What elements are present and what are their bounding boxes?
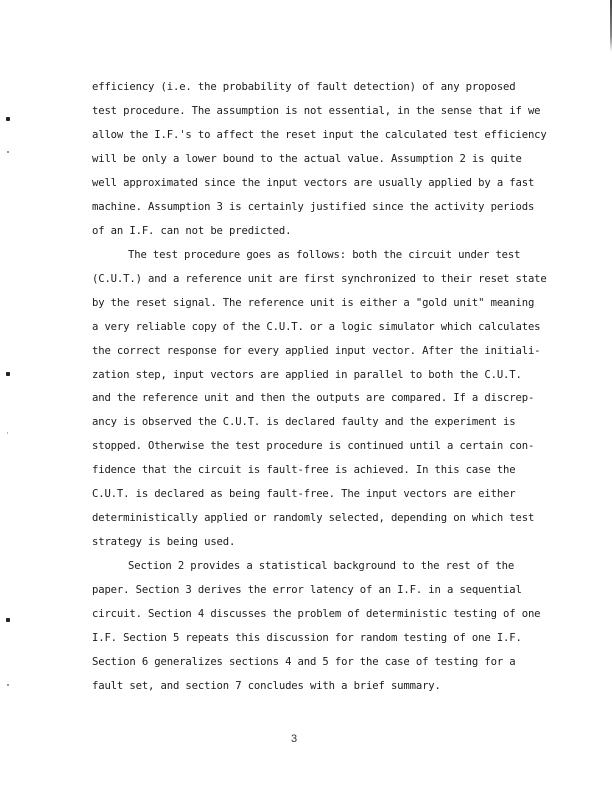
text-line: by the reset signal. The reference unit … — [92, 297, 534, 309]
text-line: of an I.F. can not be predicted. — [92, 225, 291, 237]
binding-hole-mark — [6, 618, 10, 622]
text-line: C.U.T. is declared as being fault-free. … — [92, 488, 516, 500]
text-line: fidence that the circuit is fault-free i… — [92, 464, 516, 476]
text-line: the correct response for every applied i… — [92, 345, 540, 357]
text-line: circuit. Section 4 discusses the problem… — [92, 608, 540, 620]
text-line: Section 6 generalizes sections 4 and 5 f… — [92, 656, 516, 668]
text-line: will be only a lower bound to the actual… — [92, 153, 522, 165]
text-line: allow the I.F.'s to affect the reset inp… — [92, 129, 547, 141]
text-line: machine. Assumption 3 is certainly justi… — [92, 201, 534, 213]
text-line: ancy is observed the C.U.T. is declared … — [92, 416, 516, 428]
text-line: efficiency (i.e. the probability of faul… — [92, 81, 516, 93]
page-number: 3 — [284, 733, 304, 745]
paragraph-first-line: Section 2 provides a statistical backgro… — [128, 560, 514, 572]
text-line: paper. Section 3 derives the error laten… — [92, 584, 522, 596]
text-line: well approximated since the input vector… — [92, 177, 534, 189]
document-page: efficiency (i.e. the probability of faul… — [0, 0, 612, 791]
binding-hole-mark — [7, 151, 9, 153]
text-line: stopped. Otherwise the test procedure is… — [92, 440, 534, 452]
text-line: test procedure. The assumption is not es… — [92, 105, 540, 117]
text-line: (C.U.T.) and a reference unit are first … — [92, 273, 547, 285]
text-line: deterministically applied or randomly se… — [92, 512, 534, 524]
text-line: zation step, input vectors are applied i… — [92, 369, 522, 381]
binding-hole-mark — [6, 372, 10, 376]
binding-hole-mark — [6, 117, 10, 121]
text-line: a very reliable copy of the C.U.T. or a … — [92, 321, 540, 333]
text-line: and the reference unit and then the outp… — [92, 392, 534, 404]
paragraph-first-line: The test procedure goes as follows: both… — [128, 249, 520, 261]
text-line: strategy is being used. — [92, 536, 235, 548]
text-line: I.F. Section 5 repeats this discussion f… — [92, 632, 522, 644]
text-line: fault set, and section 7 concludes with … — [92, 680, 441, 692]
binding-hole-mark — [7, 684, 9, 686]
binding-hole-mark — [7, 432, 8, 434]
